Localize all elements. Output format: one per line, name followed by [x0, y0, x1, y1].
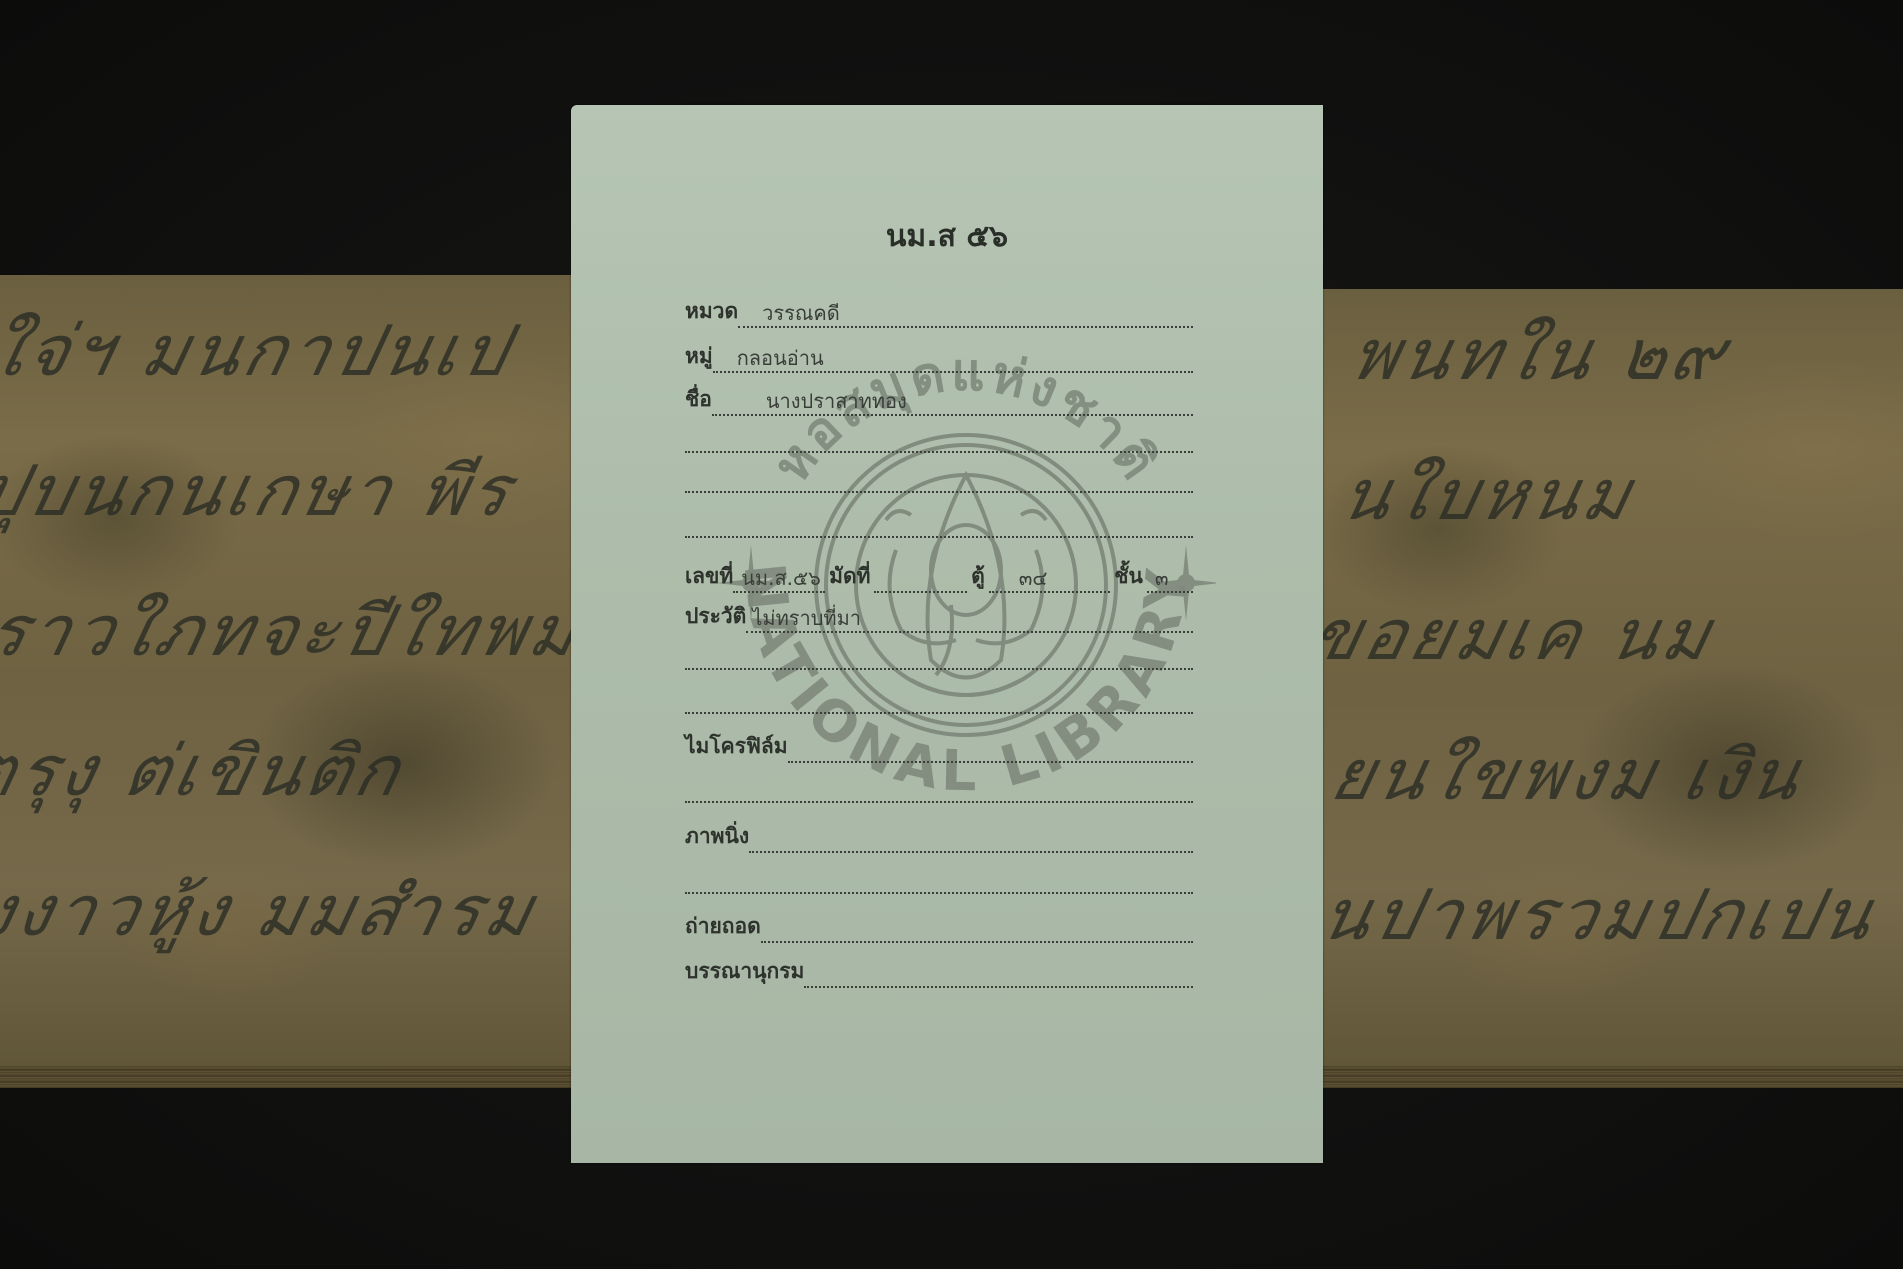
field-label: ชื่อ — [685, 383, 712, 416]
field-value — [804, 960, 1193, 988]
field-label: เลขที่ — [685, 560, 733, 593]
field-location: เลขที่ นม.ส.๕๖ มัดที่ ตู้ ๓๔ ชั้น ๓ — [685, 560, 1193, 593]
blank-line — [685, 892, 1193, 894]
field-label: ภาพนิ่ง — [685, 820, 749, 853]
manuscript-line: ตรุงุ ต่เขินติก — [0, 715, 414, 826]
field-label: ประวัติ — [685, 600, 746, 633]
manuscript-line: ขอยมเค นม — [1323, 579, 1725, 690]
field-transcription: ถ่ายถอด — [685, 910, 1193, 943]
palm-leaf-manuscript-left: ใจ่ฯ มนกาปนเป ปุบนกนเกษา พีร ราวใภทจะปีใ… — [0, 275, 575, 1088]
field-name: ชื่อ นางปราสาททอง — [685, 383, 1193, 416]
leaf-stack-edge — [0, 1066, 575, 1088]
blank-line — [685, 451, 1193, 453]
manuscript-line: พนทใน ๒๙ — [1341, 299, 1738, 410]
field-still-image: ภาพนิ่ง — [685, 820, 1193, 853]
field-label: ไมโครฟิล์ม — [685, 730, 788, 763]
manuscript-line: งงาวหู้ง มมสำรม — [0, 855, 547, 966]
manuscript-line: ราวใภทจะปีใทพม — [0, 575, 575, 686]
field-value — [749, 825, 1193, 853]
manuscript-line: นใบหนม — [1331, 439, 1645, 550]
field-value: ๓ — [1147, 565, 1193, 593]
blank-line — [685, 491, 1193, 493]
field-label: ตู้ — [967, 560, 989, 593]
leaf-stack-edge — [1323, 1066, 1903, 1088]
blank-line — [685, 668, 1193, 670]
field-label: บรรณานุกรม — [685, 955, 804, 988]
manuscript-line: ใจ่ฯ มนกาปนเป — [0, 295, 523, 406]
field-label: หมวด — [685, 295, 738, 328]
field-label: ชั้น — [1110, 560, 1147, 593]
blank-line — [685, 801, 1193, 803]
field-value: ไม่ทราบที่มา — [746, 605, 1193, 633]
field-value — [788, 735, 1193, 763]
field-value: วรรณคดี — [738, 300, 1193, 328]
field-microfilm: ไมโครฟิล์ม — [685, 730, 1193, 763]
field-bibliography: บรรณานุกรม — [685, 955, 1193, 988]
card-title: นม.ส ๕๖ — [571, 213, 1323, 260]
field-value: นม.ส.๕๖ — [733, 565, 825, 593]
blank-line — [685, 712, 1193, 714]
field-value: นางปราสาททอง — [712, 388, 1193, 416]
field-label: หมู่ — [685, 340, 713, 373]
blank-line — [685, 536, 1193, 538]
manuscript-line: ยนใขพงม เงิน — [1323, 719, 1814, 830]
field-category: หมวด วรรณคดี — [685, 295, 1193, 328]
field-value — [874, 565, 967, 593]
field-history: ประวัติ ไม่ทราบที่มา — [685, 600, 1193, 633]
field-value: กลอนอ่าน — [713, 345, 1193, 373]
manuscript-line: นปาพรวมปกเปน — [1323, 859, 1887, 970]
field-value: ๓๔ — [989, 565, 1111, 593]
svg-text:NATIONAL LIBRARY: NATIONAL LIBRARY — [731, 560, 1202, 804]
field-group: หมู่ กลอนอ่าน — [685, 340, 1193, 373]
catalog-card: หอสมุดแห่งชาติ NATIONAL LIBRARY นม.ส ๕๖ … — [571, 105, 1323, 1163]
manuscript-line: ปุบนกนเกษา พีร — [0, 435, 524, 546]
field-value — [761, 915, 1193, 943]
palm-leaf-manuscript-right: พนทใน ๒๙ นใบหนม ขอยมเค นม ยนใขพงม เงิน น… — [1323, 289, 1903, 1088]
field-label: ถ่ายถอด — [685, 910, 761, 943]
field-label: มัดที่ — [825, 560, 874, 593]
